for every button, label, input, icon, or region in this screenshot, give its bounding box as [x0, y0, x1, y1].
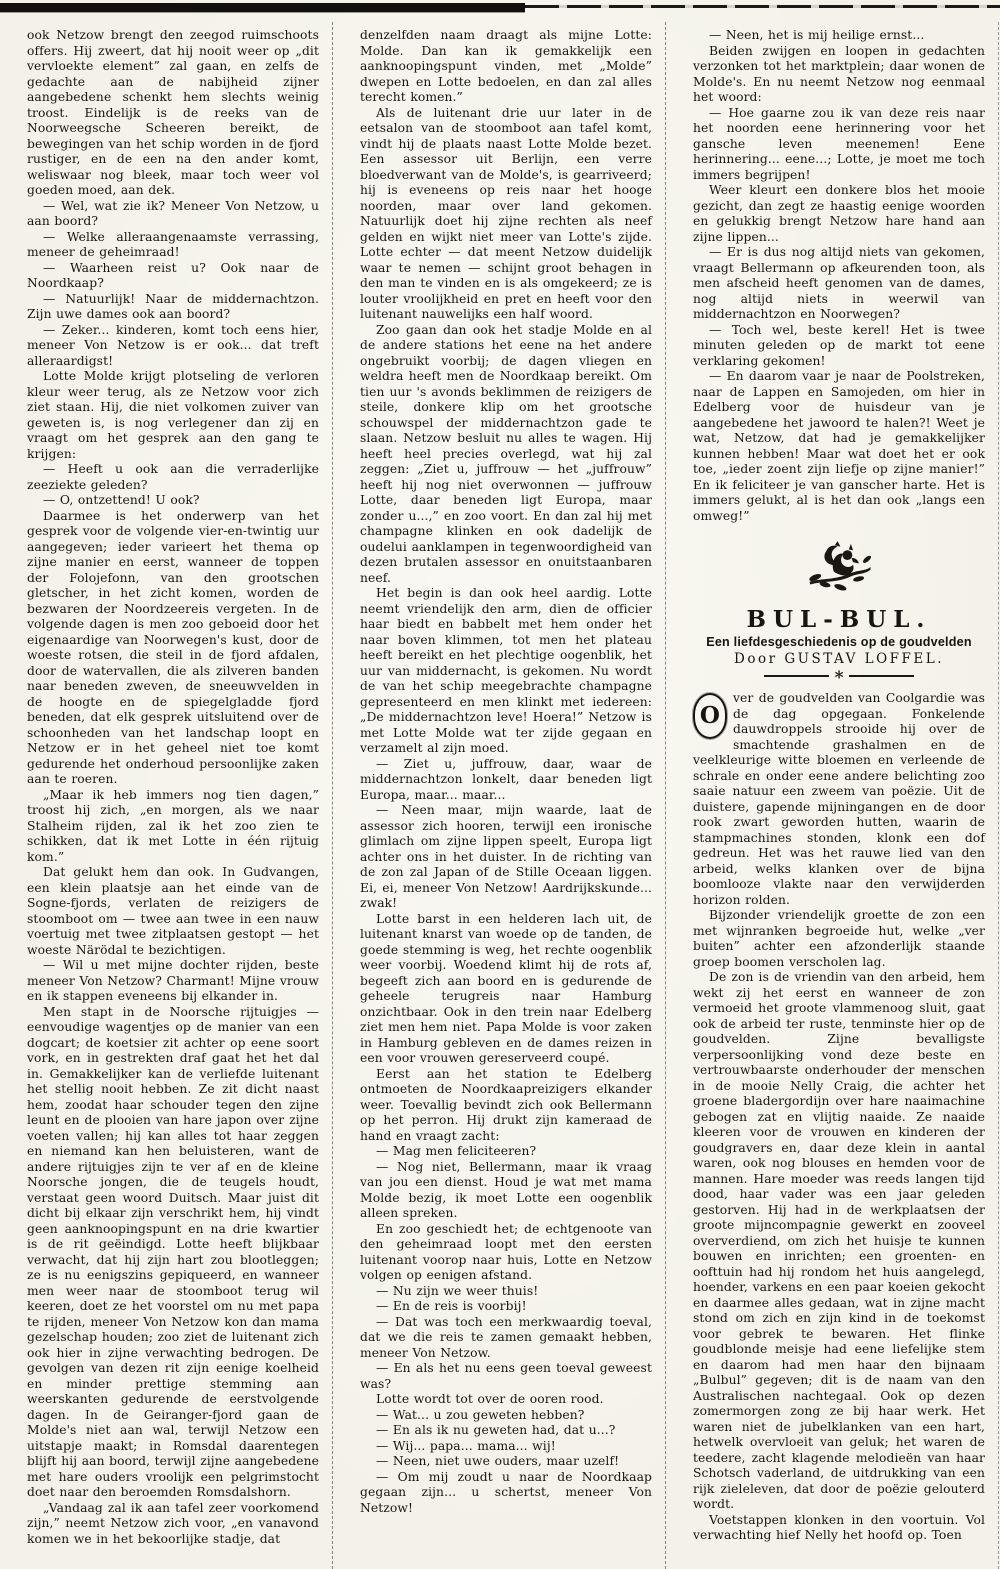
- paragraph: Men stapt in de Noorsche rijtuigjes — ee…: [27, 1005, 319, 1501]
- paragraph: — Neen maar, mijn waarde, laat de assess…: [360, 803, 652, 912]
- paragraph: denzelfden naam draagt als mijne Lotte: …: [360, 28, 652, 106]
- divider-rule-right: [849, 675, 914, 677]
- squirrel-on-branch-vignette-icon: [804, 538, 874, 596]
- divider-rule-left: [764, 675, 829, 677]
- paragraph: Beiden zwijgen en loopen in gedachten ve…: [693, 44, 985, 106]
- column-1: ook Netzow brengt den zeegod ruimschoots…: [0, 22, 333, 1569]
- paragraph: — Wel, wat zie ik? Meneer Von Netzow, u …: [27, 199, 319, 230]
- ornamental-divider: *: [764, 671, 914, 681]
- paragraph: „Vandaag zal ik aan tafel zeer voorkomen…: [27, 1501, 319, 1548]
- paragraph: Het begin is dan ook heel aardig. Lotte …: [360, 586, 652, 757]
- top-rule: [0, 3, 1000, 15]
- newspaper-page: ook Netzow brengt den zeegod ruimschoots…: [0, 0, 1000, 1569]
- paragraph: Lotte wordt tot over de ooren rood.: [360, 1392, 652, 1408]
- paragraph: Voetstappen klonken in den voortuin. Vol…: [693, 1513, 985, 1544]
- paragraph: „Maar ik heb immers nog tien dagen,” tro…: [27, 788, 319, 866]
- paragraph: — En daarom vaar je naar de Poolstreken,…: [693, 369, 985, 524]
- paragraph: — Hoe gaarne zou ik van deze reis naar h…: [693, 106, 985, 184]
- paragraph: — Toch wel, beste kerel! Het is twee min…: [693, 323, 985, 370]
- story-subtitle: Een liefdesgeschiedenis op de goudvelden: [693, 635, 985, 649]
- paragraph: Daarmee is het onderwerp van het gesprek…: [27, 509, 319, 788]
- top-rule-thick-segment: [0, 3, 525, 12]
- story-title: BUL-BUL.: [693, 606, 985, 633]
- paragraph: — Ziet u, juffrouw, daar, waar de midder…: [360, 757, 652, 804]
- paragraph: — Nog niet, Bellermann, maar ik vraag va…: [360, 1160, 652, 1222]
- paragraph: — Nu zijn we weer thuis!: [360, 1284, 652, 1300]
- paragraph: — Dat was toch een merkwaardig toeval, d…: [360, 1315, 652, 1362]
- paragraph: — Wil u met mijne dochter rijden, beste …: [27, 958, 319, 1005]
- paragraph: — Wij... papa... mama... wij!: [360, 1439, 652, 1455]
- paragraph: — Wat... u zou geweten hebben?: [360, 1408, 652, 1424]
- paragraph: Weer kleurt een donkere blos het mooie g…: [693, 183, 985, 245]
- paragraph: — En als ik nu geweten had, dat u...?: [360, 1423, 652, 1439]
- drop-cap-initial: O: [693, 693, 727, 739]
- divider-star-icon: *: [829, 673, 850, 683]
- top-rule-thin-segment: [525, 5, 1000, 8]
- story-header: BUL-BUL. Een liefdesgeschiedenis op de g…: [693, 524, 985, 691]
- paragraph: — Heeft u ook aan die verraderlijke zeez…: [27, 462, 319, 493]
- paragraph: — Zeker... kinderen, komt toch eens hier…: [27, 323, 319, 370]
- column-3: — Neen, het is mij heilige ernst...Beide…: [666, 22, 999, 1569]
- column-3-story-end: — Neen, het is mij heilige ernst...Beide…: [693, 28, 985, 524]
- paragraph: — Neen, het is mij heilige ernst...: [693, 28, 985, 44]
- paragraph: — Welke alleraangenaamste verrassing, me…: [27, 230, 319, 261]
- paragraph: De zon is de vriendin van den arbeid, he…: [693, 970, 985, 1513]
- paragraph: — Neen, niet uwe ouders, maar uzelf!: [360, 1454, 652, 1470]
- paragraph: — Er is dus nog altijd niets van gekomen…: [693, 245, 985, 323]
- paragraph: — Waarheen reist u? Ook naar de Noordkaa…: [27, 261, 319, 292]
- paragraph: Bijzonder vriendelijk groette de zon een…: [693, 908, 985, 970]
- paragraph: En zoo geschiedt het; de echtgenoote van…: [360, 1222, 652, 1284]
- column-3-story-begin: Over de goudvelden van Coolgardie was de…: [693, 691, 985, 1544]
- paragraph: Lotte barst in een helderen lach uit, de…: [360, 912, 652, 1067]
- paragraph: Als de luitenant drie uur later in de ee…: [360, 106, 652, 323]
- paragraph: — O, ontzettend! U ook?: [27, 493, 319, 509]
- paragraph: Dat gelukt hem dan ook. In Gudvangen, ee…: [27, 865, 319, 958]
- paragraph: — Mag men feliciteeren?: [360, 1144, 652, 1160]
- column-layout: ook Netzow brengt den zeegod ruimschoots…: [0, 22, 1000, 1569]
- paragraph: ook Netzow brengt den zeegod ruimschoots…: [27, 28, 319, 199]
- column-2: denzelfden naam draagt als mijne Lotte: …: [333, 22, 666, 1569]
- paragraph: Eerst aan het station te Edelberg ontmoe…: [360, 1067, 652, 1145]
- paragraph: Over de goudvelden van Coolgardie was de…: [693, 691, 985, 908]
- paragraph: — Natuurlijk! Naar de middernachtzon. Zi…: [27, 292, 319, 323]
- paragraph: — En de reis is voorbij!: [360, 1299, 652, 1315]
- paragraph: — En als het nu eens geen toeval geweest…: [360, 1361, 652, 1392]
- paragraph: Zoo gaan dan ook het stadje Molde en al …: [360, 323, 652, 587]
- paragraph: — Om mij zoudt u naar de Noordkaap gegaa…: [360, 1470, 652, 1517]
- story-byline: Door GUSTAV LOFFEL.: [693, 651, 985, 667]
- paragraph: Lotte Molde krijgt plotseling de verlore…: [27, 369, 319, 462]
